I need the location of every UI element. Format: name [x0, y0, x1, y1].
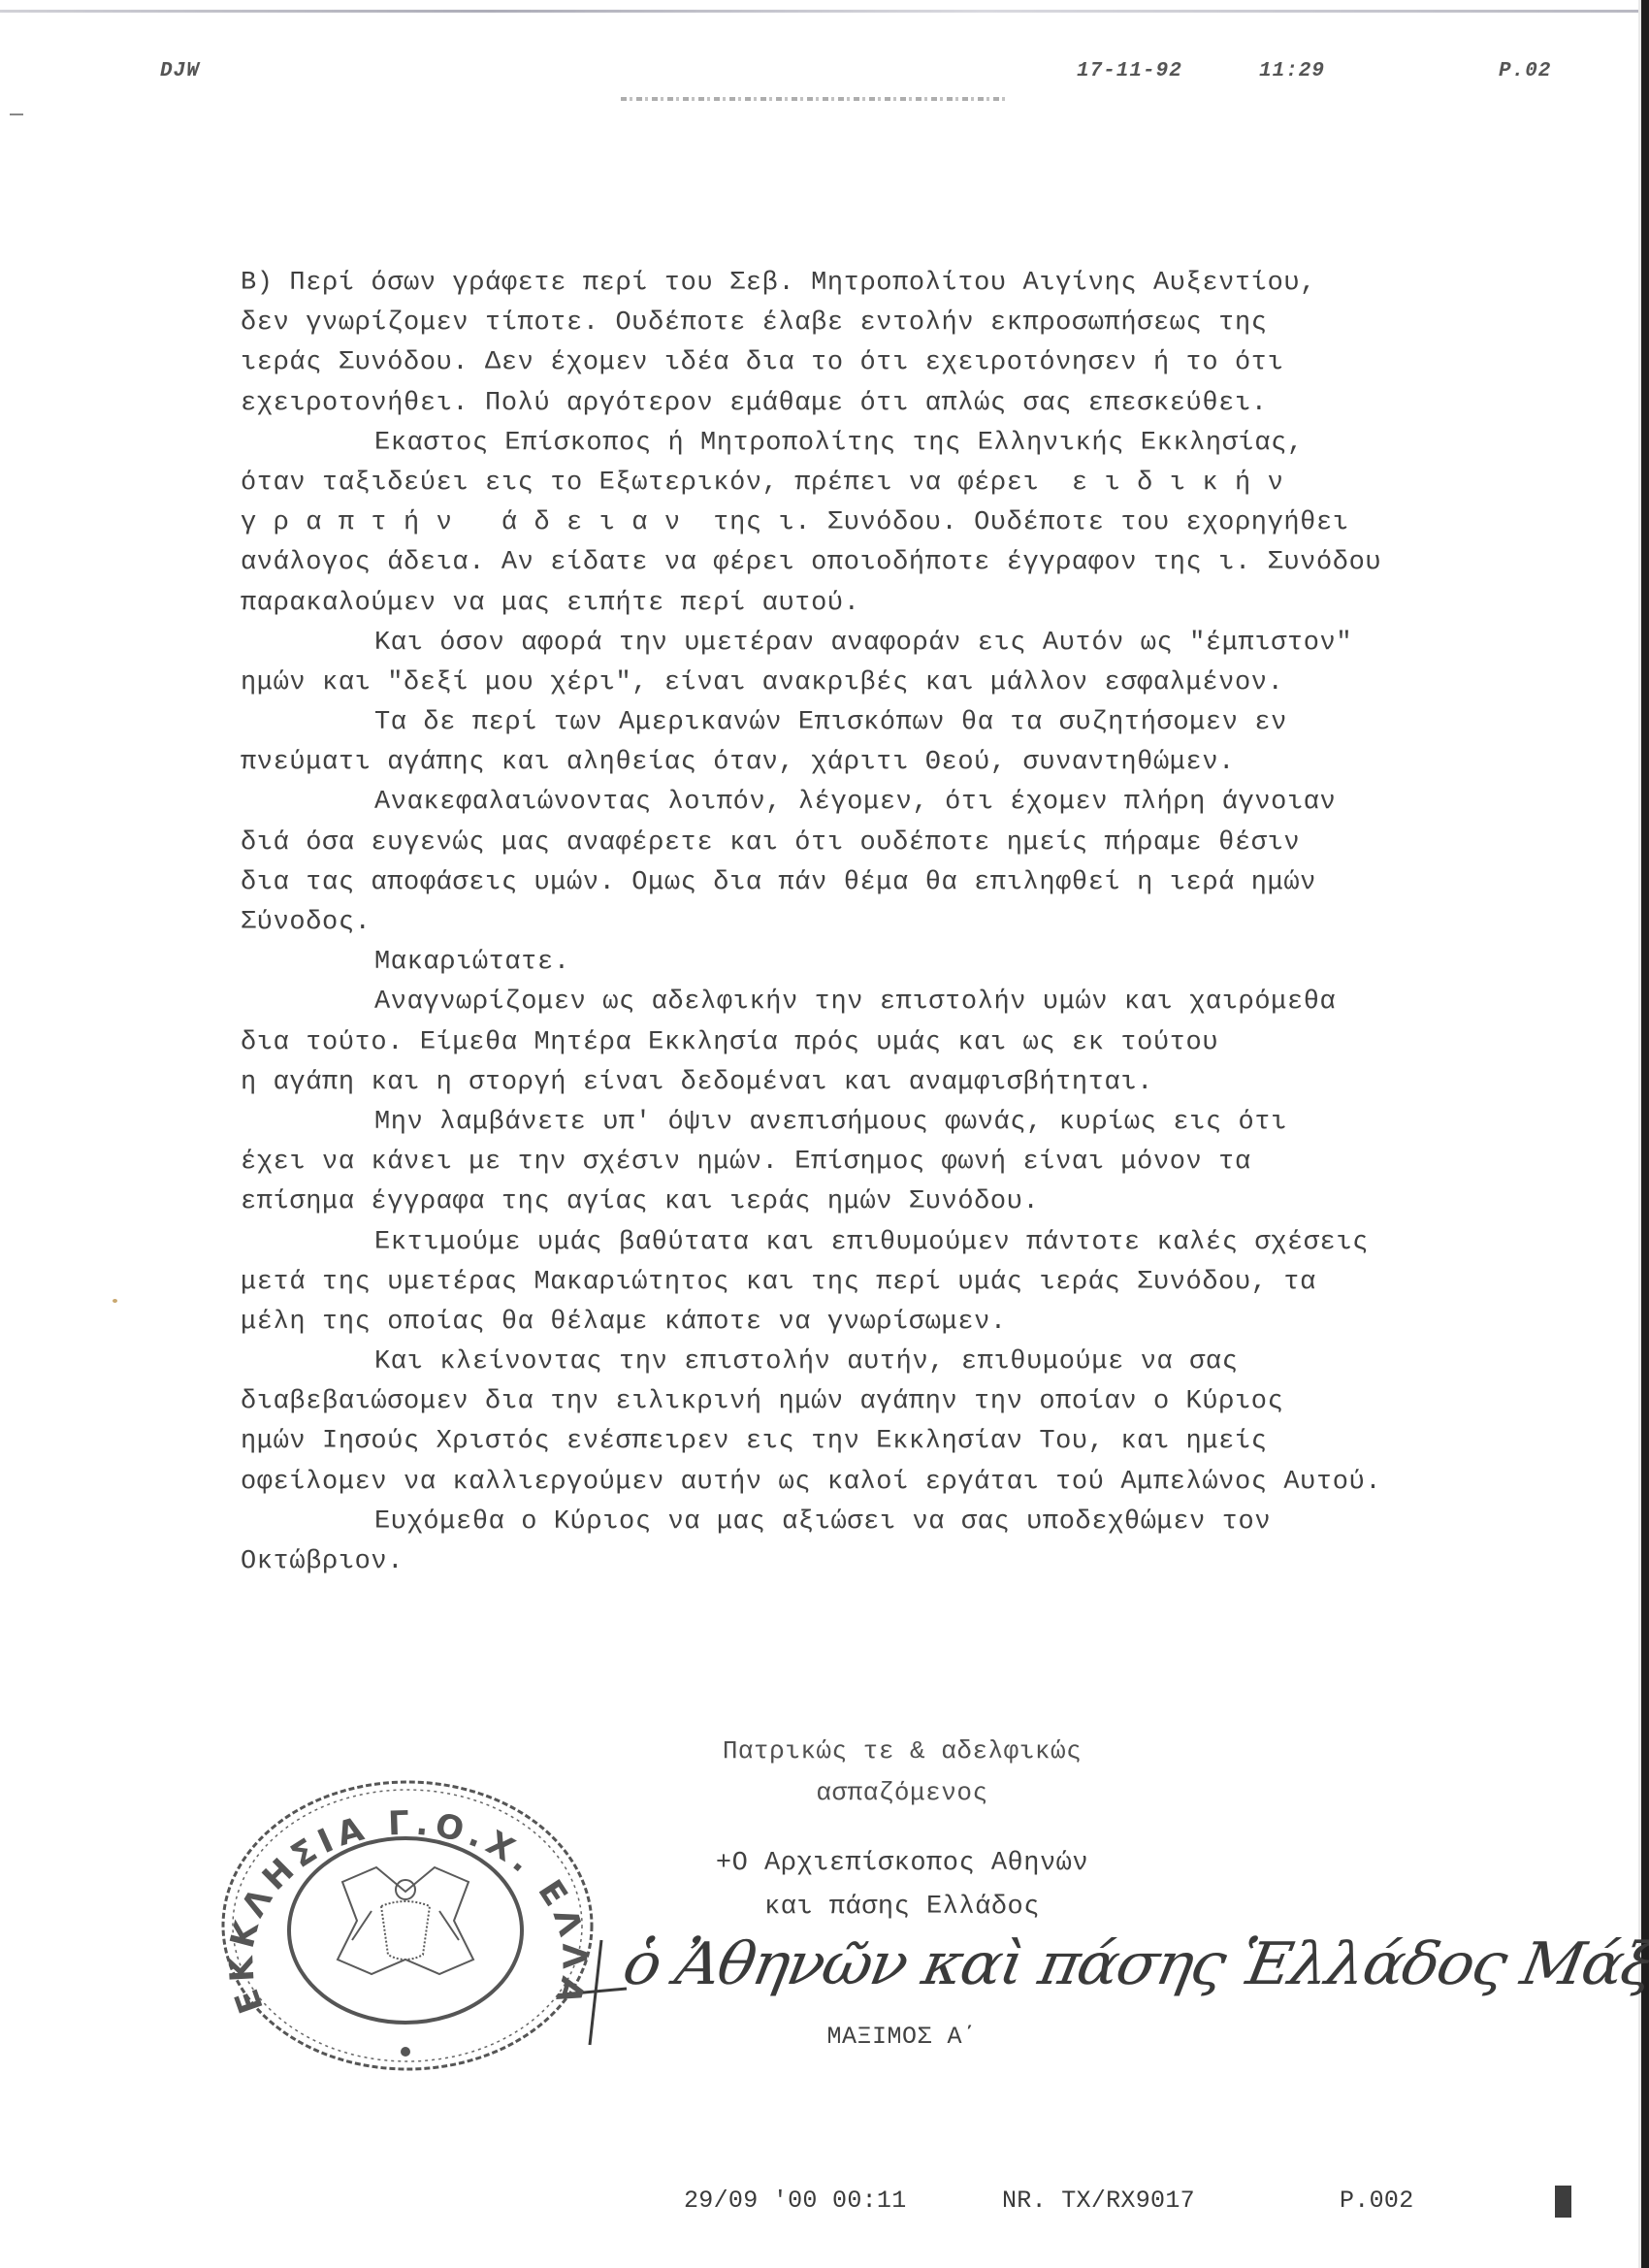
- letter-line: πνεύματι αγάπης και αληθείας όταν, χάριτ…: [241, 743, 1608, 783]
- handwritten-signature: ὁ Ἀθηνῶν καὶ πάσης Ἑλλάδος Μάξιμος: [618, 1930, 1649, 1998]
- letter-line: οφείλομεν να καλλιεργούμεν αυτήν ως καλο…: [241, 1463, 1608, 1503]
- letter-line: επίσημα έγγραφα της αγίας και ιεράς ημών…: [241, 1183, 1608, 1222]
- letter-line: η αγάπη και η στοργή είναι δεδομέναι και…: [241, 1063, 1608, 1103]
- letter-line: Εκτιμούμε υμάς βαθύτατα και επιθυμούμεν …: [241, 1223, 1608, 1263]
- fax-footer-datetime: 29/09 '00 00:11: [684, 2187, 907, 2215]
- scan-border: [1641, 0, 1649, 2268]
- letter-line: Και όσον αφορά την υμετέραν αναφοράν εις…: [241, 624, 1608, 664]
- fax-time: 11:29: [1259, 60, 1325, 82]
- letter-line: διαβεβαιώσομεν δια την ειλικρινή ημών αγ…: [241, 1382, 1608, 1422]
- letter-line: Τα δε περί των Αμερικανών Επισκόπων θα τ…: [241, 703, 1608, 743]
- margin-mark: [10, 113, 23, 115]
- closing-salutation-cont: ασπαζόμενος: [563, 1778, 1242, 1807]
- letter-line: ανάλογος άδεια. Αν είδατε να φέρει οποιο…: [241, 543, 1608, 583]
- letter-line: Μακαριώτατε.: [241, 943, 1608, 983]
- letter-line: ημών και "δεξί μου χέρι", είναι ανακριβέ…: [241, 664, 1608, 703]
- letter-line: Οκτώβριον.: [241, 1542, 1608, 1582]
- letter-line: παρακαλούμεν να μας ειπήτε περί αυτού.: [241, 584, 1608, 624]
- seal-text: ΕΚΚΛΗΣΙΑ Γ.Ο.Χ. ΕΛΛΑΔΟΣ: [211, 1775, 594, 2019]
- signatory-title: +Ο Αρχιεπίσκοπος Αθηνών: [563, 1849, 1242, 1878]
- letter-line: Ανακεφαλαιώνοντας λοιπόν, λέγομεν, ότι έ…: [241, 783, 1608, 823]
- svg-text:ΕΚΚΛΗΣΙΑ Γ.Ο.Χ. ΕΛΛΑΔΟΣ: ΕΚΚΛΗΣΙΑ Γ.Ο.Χ. ΕΛΛΑΔΟΣ: [211, 1775, 594, 2019]
- letter-line: δεν γνωρίζομεν τίποτε. Ουδέποτε έλαβε εν…: [241, 304, 1608, 343]
- letter-line: Σύνοδος.: [241, 903, 1608, 943]
- fax-page-number: P.02: [1499, 60, 1551, 82]
- signatory-name: ΜΑΞΙΜΟΣ Α΄: [563, 2023, 1242, 2051]
- letter-line: ιεράς Συνόδου. Δεν έχομεν ιδέα δια το ότ…: [241, 343, 1608, 383]
- fax-footer-page: P.002: [1340, 2187, 1414, 2215]
- fax-noise-line: [621, 97, 1009, 101]
- closing-salutation: Πατρικώς τε & αδελφικώς: [563, 1736, 1242, 1766]
- letter-line: εχειροτονήθει. Πολύ αργότερον εμάθαμε ότ…: [241, 384, 1608, 424]
- signatory-title-cont: και πάσης Ελλάδος: [563, 1893, 1242, 1922]
- church-seal-stamp: ΕΚΚΛΗΣΙΑ Γ.Ο.Χ. ΕΛΛΑΔΟΣ: [211, 1775, 604, 2081]
- letter-line: Και κλείνοντας την επιστολήν αυτήν, επιθ…: [241, 1343, 1608, 1382]
- letter-line: Εκαστος Επίσκοπος ή Μητροπολίτης της Ελλ…: [241, 424, 1608, 464]
- letter-body: Β) Περί όσων γράφετε περί του Σεβ. Μητρο…: [241, 264, 1608, 1582]
- eagle-cross-emblem-icon: [338, 1867, 473, 1974]
- letter-line: διά όσα ευγενώς μας αναφέρετε και ότι ου…: [241, 824, 1608, 863]
- letter-line: δια τας αποφάσεις υμών. Ομως δια πάν θέμ…: [241, 863, 1608, 903]
- letter-line: έχει να κάνει με την σχέσιν ημών. Επίσημ…: [241, 1143, 1608, 1183]
- fax-date: 17-11-92: [1077, 60, 1182, 82]
- letter-line: ημών Ιησούς Χριστός ενέσπειρεν εις την Ε…: [241, 1422, 1608, 1462]
- letter-line: μετά της υμετέρας Μακαριώτητος και της π…: [241, 1263, 1608, 1303]
- letter-line: όταν ταξιδεύει εις το Εξωτερικόν, πρέπει…: [241, 464, 1608, 503]
- letter-line: Ευχόμεθα ο Κύριος να μας αξιώσει να σας …: [241, 1503, 1608, 1542]
- letter-line: Αναγνωρίζομεν ως αδελφικήν την επιστολήν…: [241, 983, 1608, 1022]
- letter-line: μέλη της οποίας θα θέλαμε κάποτε να γνωρ…: [241, 1303, 1608, 1343]
- fax-marker-block: [1555, 2186, 1571, 2218]
- page-top-edge: [0, 10, 1639, 13]
- fax-footer-number: NR. TX/RX9017: [1002, 2187, 1195, 2215]
- letter-line: Μην λαμβάνετε υπ' όψιν ανεπισήμους φωνάς…: [241, 1103, 1608, 1143]
- fax-sender-id: DJW: [160, 60, 200, 82]
- letter-line: γ ρ α π τ ή ν ά δ ε ι α ν της ι. Συνόδου…: [241, 503, 1608, 543]
- scan-speck: [113, 1299, 117, 1303]
- letter-line: δια τούτο. Είμεθα Μητέρα Εκκλησία πρός υ…: [241, 1023, 1608, 1063]
- letter-line: Β) Περί όσων γράφετε περί του Σεβ. Μητρο…: [241, 264, 1608, 304]
